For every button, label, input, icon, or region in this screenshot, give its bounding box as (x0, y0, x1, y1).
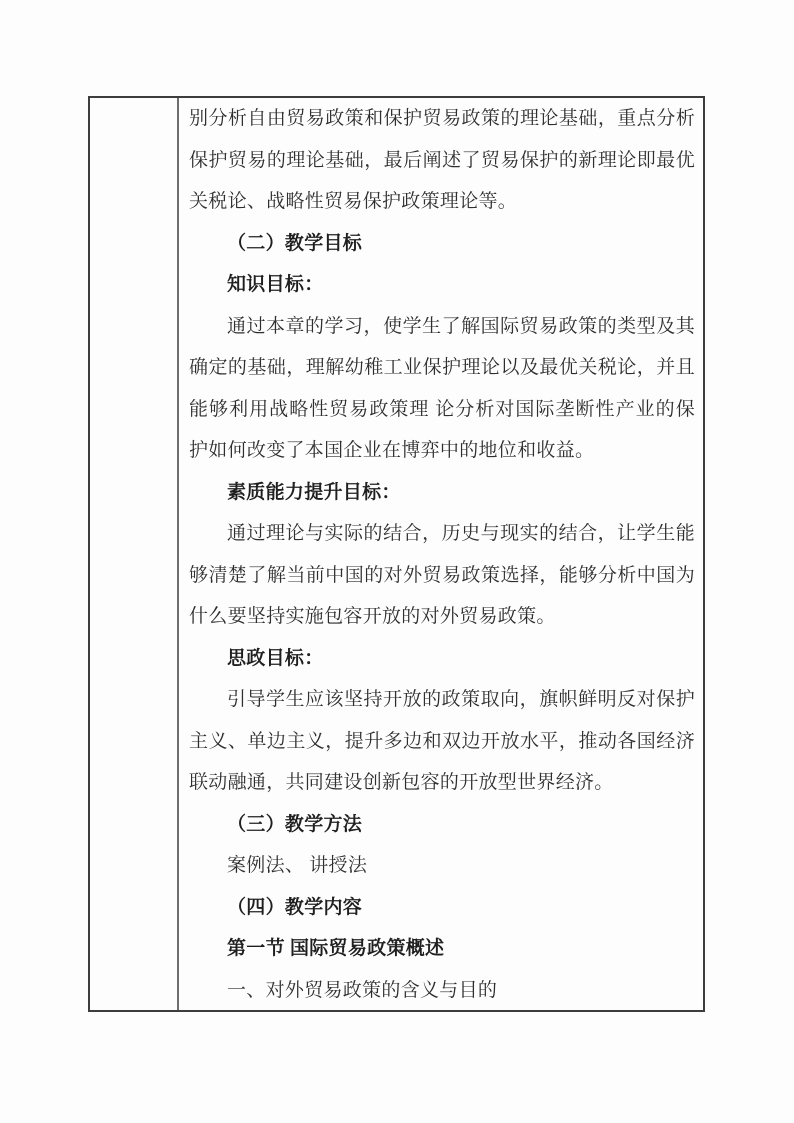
paragraph-ideological-objective: 引导学生应该坚持开放的政策取向，旗帜鲜明反对保护主义、单边主义，提升多边和双边开… (189, 679, 695, 804)
heading-teaching-objectives: （二）教学目标 (189, 223, 695, 265)
paragraph-chapter-summary-continuation: 别分析自由贸易政策和保护贸易政策的理论基础，重点分析保护贸易的理论基础，最后阐述… (189, 98, 695, 223)
paragraph-quality-ability-objective: 通过理论与实际的结合，历史与现实的结合，让学生能够清楚了解当前中国的对外贸易政策… (189, 513, 695, 638)
heading-knowledge-objective: 知识目标： (189, 264, 695, 306)
heading-section-1-title: 第一节 国际贸易政策概述 (189, 928, 695, 970)
heading-quality-ability-objective: 素质能力提升目标： (189, 472, 695, 514)
table-left-cell (90, 98, 179, 1010)
lesson-plan-table: 别分析自由贸易政策和保护贸易政策的理论基础，重点分析保护贸易的理论基础，最后阐述… (88, 96, 705, 1012)
table-content-cell: 别分析自由贸易政策和保护贸易政策的理论基础，重点分析保护贸易的理论基础，最后阐述… (179, 98, 703, 1010)
heading-ideological-objective: 思政目标： (189, 638, 695, 680)
document-page: 别分析自由贸易政策和保护贸易政策的理论基础，重点分析保护贸易的理论基础，最后阐述… (0, 0, 794, 1123)
heading-teaching-methods: （三）教学方法 (189, 804, 695, 846)
heading-teaching-content: （四）教学内容 (189, 887, 695, 929)
paragraph-teaching-methods: 案例法、 讲授法 (189, 845, 695, 887)
paragraph-knowledge-objective: 通过本章的学习，使学生了解国际贸易政策的类型及其确定的基础，理解幼稚工业保护理论… (189, 306, 695, 472)
paragraph-topic-1: 一、对外贸易政策的含义与目的 (189, 970, 695, 1011)
